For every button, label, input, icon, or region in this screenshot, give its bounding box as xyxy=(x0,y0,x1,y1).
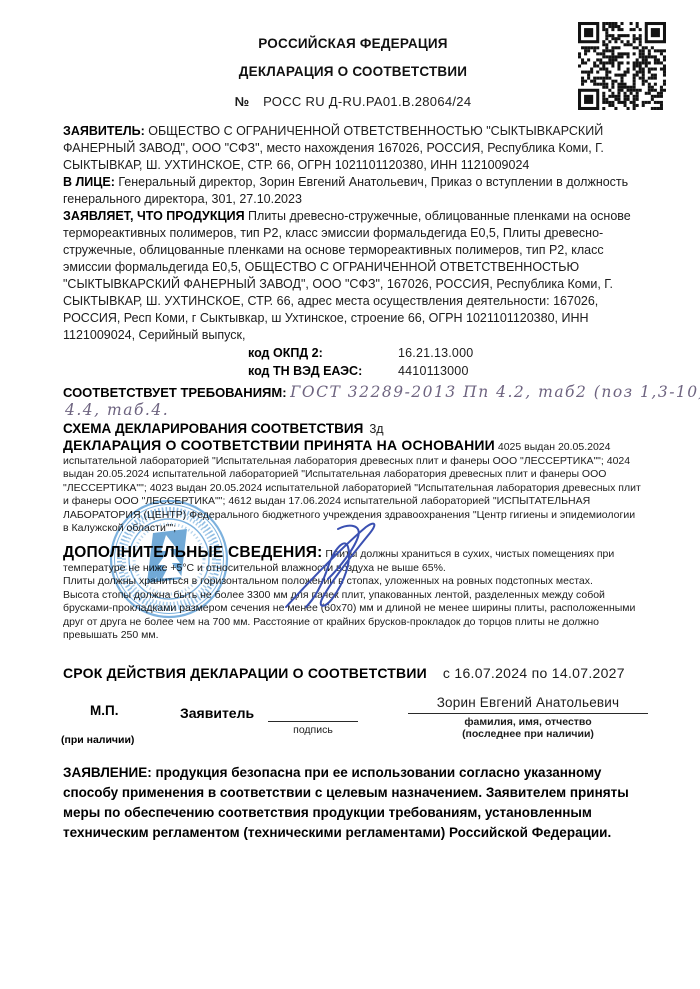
declares-text: Плиты древесно-стружечные, облицованные … xyxy=(63,209,631,342)
complies-line: СООТВЕТСТВУЕТ ТРЕБОВАНИЯМ: ГОСТ 32289-20… xyxy=(63,383,643,419)
signer-name-caption-2: (последнее при наличии) xyxy=(408,728,648,740)
scheme-line: СХЕМА ДЕКЛАРИРОВАНИЯ СООТВЕТСТВИЯ3д xyxy=(63,421,643,436)
applicant-text: ОБЩЕСТВО С ОГРАНИЧЕННОЙ ОТВЕТСТВЕННОСТЬЮ… xyxy=(63,124,604,172)
in-person-paragraph: В ЛИЦЕ: Генеральный директор, Зорин Евге… xyxy=(63,174,643,208)
tnved-code-row: код ТН ВЭД ЕАЭС:4410113000 xyxy=(248,362,643,380)
basis-label: ДЕКЛАРАЦИЯ О СООТВЕТСТВИИ ПРИНЯТА НА ОСН… xyxy=(63,437,495,453)
scheme-label: СХЕМА ДЕКЛАРИРОВАНИЯ СООТВЕТСТВИЯ xyxy=(63,421,363,436)
stamp-place-note: (при наличии) xyxy=(61,734,134,746)
applicant-paragraph: ЗАЯВИТЕЛЬ: ОБЩЕСТВО С ОГРАНИЧЕННОЙ ОТВЕТ… xyxy=(63,123,643,174)
signer-name-caption: фамилия, имя, отчество xyxy=(408,716,648,728)
okpd-code-label: код ОКПД 2: xyxy=(248,344,398,362)
declares-paragraph: ЗАЯВЛЯЕТ, ЧТО ПРОДУКЦИЯ Плиты древесно-с… xyxy=(63,208,643,344)
tnved-code-label: код ТН ВЭД ЕАЭС: xyxy=(248,362,398,380)
complies-handwritten-2: 4.4, таб.4. xyxy=(65,401,643,419)
declares-label: ЗАЯВЛЯЕТ, ЧТО ПРОДУКЦИЯ xyxy=(63,209,245,223)
signature-field: подпись xyxy=(268,695,358,736)
validity-dates: с 16.07.2024 по 14.07.2027 xyxy=(443,665,625,681)
in-person-label: В ЛИЦЕ: xyxy=(63,175,115,189)
number-sign: № xyxy=(235,94,250,109)
document-title: ДЕКЛАРАЦИЯ О СООТВЕТСТВИИ xyxy=(63,64,643,79)
statement-paragraph: ЗАЯВЛЕНИЕ: продукция безопасна при ее ис… xyxy=(63,763,643,843)
signature-rule xyxy=(268,695,358,722)
applicant-label: ЗАЯВИТЕЛЬ: xyxy=(63,124,145,138)
additional-label: ДОПОЛНИТЕЛЬНЫЕ СВЕДЕНИЯ: xyxy=(63,544,323,561)
validity-label: СРОК ДЕЙСТВИЯ ДЕКЛАРАЦИИ О СООТВЕТСТВИИ xyxy=(63,665,427,681)
additional-line-3: Высота стопы должна быть не более 3300 м… xyxy=(63,589,643,643)
basis-text: 4025 выдан 20.05.2024 испытательной лабо… xyxy=(63,441,641,534)
stamp-place-label: М.П. xyxy=(90,703,118,718)
additional-line-1: ДОПОЛНИТЕЛЬНЫЕ СВЕДЕНИЯ: Плиты должны хр… xyxy=(63,546,643,575)
scheme-value: 3д xyxy=(369,422,383,436)
basis-paragraph: ДЕКЛАРАЦИЯ О СООТВЕТСТВИИ ПРИНЯТА НА ОСН… xyxy=(63,439,643,536)
declaration-document: РОССИЙСКАЯ ФЕДЕРАЦИЯ ДЕКЛАРАЦИЯ О СООТВЕ… xyxy=(0,0,700,989)
additional-line-2: Плиты должны храниться в горизонтальном … xyxy=(63,575,643,589)
statement-label: ЗАЯВЛЕНИЕ: xyxy=(63,765,152,780)
applicant-role-label: Заявитель xyxy=(180,705,254,721)
complies-handwritten-1: ГОСТ 32289-2013 Пп 4.2, таб2 (поз 1,3-10… xyxy=(290,383,700,401)
complies-label: СООТВЕТСТВУЕТ ТРЕБОВАНИЯМ: xyxy=(63,385,287,400)
in-person-text: Генеральный директор, Зорин Евгений Анат… xyxy=(63,175,628,206)
additional-info: ДОПОЛНИТЕЛЬНЫЕ СВЕДЕНИЯ: Плиты должны хр… xyxy=(63,546,643,643)
validity-line: СРОК ДЕЙСТВИЯ ДЕКЛАРАЦИИ О СООТВЕТСТВИИс… xyxy=(63,665,643,681)
signature-block: М.П. (при наличии) Заявитель подпись Зор… xyxy=(63,695,643,757)
declaration-number-line: №РОСС RU Д-RU.РА01.В.28064/24 xyxy=(63,94,643,109)
okpd-code-row: код ОКПД 2:16.21.13.000 xyxy=(248,344,643,362)
document-content: РОССИЙСКАЯ ФЕДЕРАЦИЯ ДЕКЛАРАЦИЯ О СООТВЕ… xyxy=(63,30,643,856)
tnved-code-value: 4410113000 xyxy=(398,364,469,378)
signer-name-field: Зорин Евгений Анатольевич фамилия, имя, … xyxy=(408,695,648,740)
signature-caption: подпись xyxy=(268,724,358,736)
declaration-number: РОСС RU Д-RU.РА01.В.28064/24 xyxy=(263,94,471,109)
signer-name: Зорин Евгений Анатольевич xyxy=(408,695,648,714)
okpd-code-value: 16.21.13.000 xyxy=(398,346,473,360)
header-country: РОССИЙСКАЯ ФЕДЕРАЦИЯ xyxy=(63,36,643,51)
